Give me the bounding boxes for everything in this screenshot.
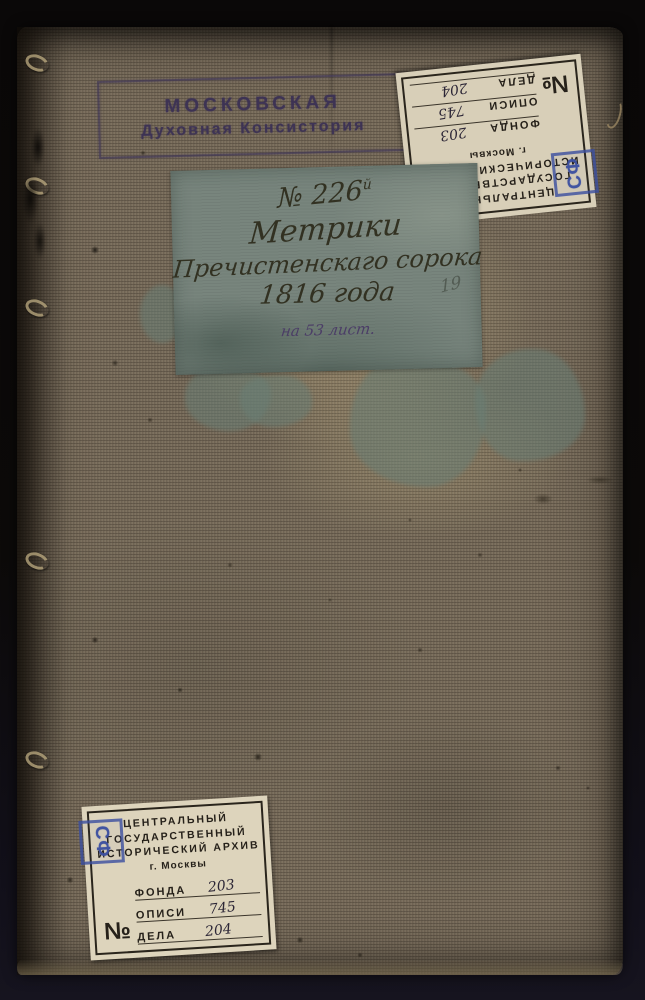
delo-value: 204 (175, 918, 261, 943)
delo-label: ДЕЛА (137, 929, 177, 943)
glue-residue (475, 349, 585, 461)
sf-stamp-icon: СФ (551, 149, 599, 197)
numero-symbol: № (540, 68, 570, 99)
sf-stamp-text: СФ (562, 156, 587, 190)
opis-label: ОПИСИ (487, 94, 538, 111)
title-label: № 226й Метрики Пречистенскаго сорока 181… (170, 163, 482, 375)
fond-value: 203 (185, 874, 258, 898)
spine-ink-mark (17, 122, 55, 262)
archive-rows: ФОНДА 203 ОПИСИ 745 ДЕЛА 204 (134, 873, 263, 947)
case-number-suffix: й (363, 176, 372, 193)
numero-symbol: № (103, 917, 131, 947)
book-cover: МОСКОВСКАЯ Духовная Консистория ЦЕНТРАЛЬ… (17, 27, 623, 975)
glue-residue (240, 375, 312, 427)
sf-stamp-text: СФ (90, 825, 114, 858)
sf-stamp-icon: СФ (78, 818, 125, 865)
delo-label: ДЕЛА (496, 73, 536, 89)
fond-label: ФОНДА (488, 116, 541, 133)
archive-rows: ФОНДА 203 ОПИСИ 745 ДЕЛА 204 (410, 70, 541, 149)
archive-label-fields: № ФОНДА 203 ОПИСИ 745 ДЕЛА 204 (99, 873, 263, 949)
archive-label-bottom-left: ЦЕНТРАЛЬНЫЙ ГОСУДАРСТВЕННЫЙ ИСТОРИЧЕСКИЙ… (81, 795, 276, 960)
fond-label: ФОНДА (134, 885, 186, 900)
opis-label: ОПИСИ (136, 907, 187, 922)
archive-label-fields: № ФОНДА 203 ОПИСИ 745 ДЕЛА 204 (410, 66, 576, 148)
glue-residue (350, 357, 486, 487)
consistory-stamp-line1: МОСКОВСКАЯ (164, 92, 341, 119)
consistory-stamp-line2: Духовная Консистория (141, 117, 366, 141)
consistory-stamp: МОСКОВСКАЯ Духовная Консистория (97, 73, 409, 159)
archival-photo: МОСКОВСКАЯ Духовная Консистория ЦЕНТРАЛЬ… (0, 0, 645, 1000)
sheet-count-note: на 53 лист. (174, 317, 483, 343)
